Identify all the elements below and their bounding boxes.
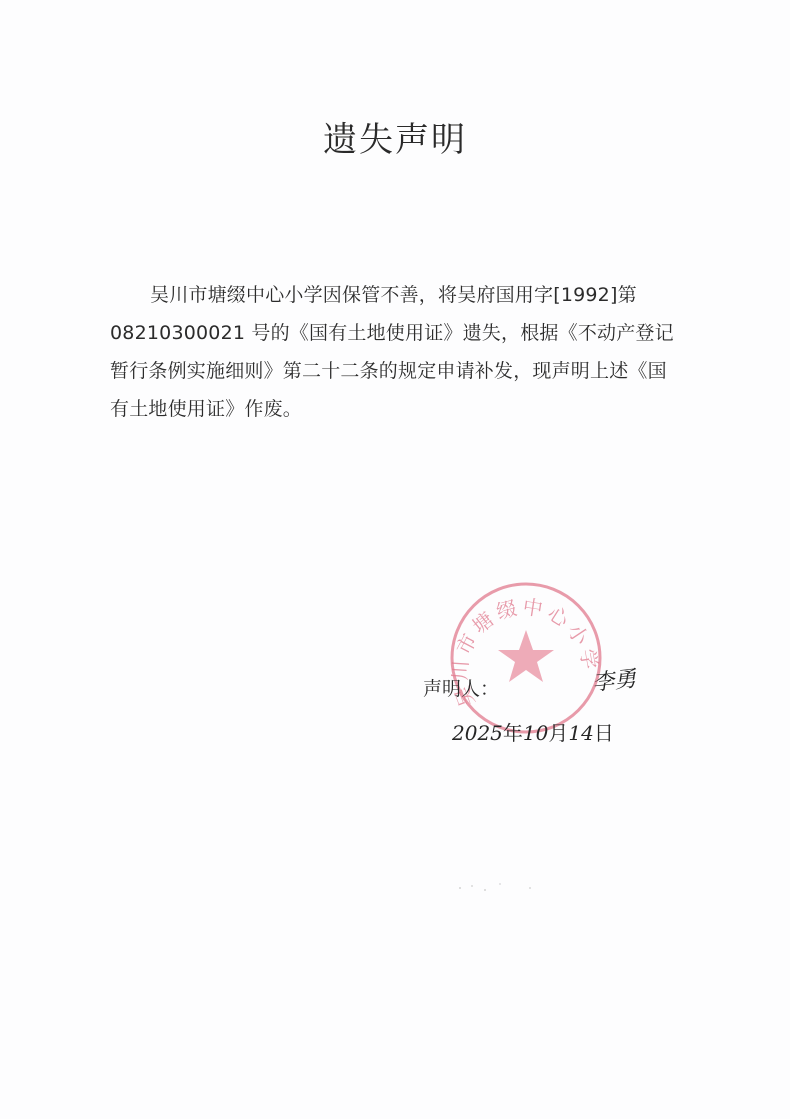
scan-noise-speckle xyxy=(450,878,540,898)
handwritten-signature: 李勇 xyxy=(591,662,638,697)
paragraph-line-4: 有土地使用证》作废。 xyxy=(110,390,690,428)
date-month-suffix: 月 xyxy=(548,721,568,745)
paragraph-line-1: 吴川市塘缀中心小学因保管不善，将吴府国用字[1992]第 xyxy=(110,276,690,314)
date-day: 14 xyxy=(568,721,593,745)
declarant-label: 声明人： xyxy=(423,674,499,701)
official-seal-stamp: 吴川市塘缀中心小学 xyxy=(446,578,606,738)
date-day-suffix: 日 xyxy=(594,721,614,745)
stamp-star-icon xyxy=(498,630,554,682)
date-year: 2025 xyxy=(452,721,503,745)
paragraph-line-3: 暂行条例实施细则》第二十二条的规定申请补发，现声明上述《国 xyxy=(110,352,690,390)
date-year-suffix: 年 xyxy=(503,721,523,745)
document-title: 遗失声明 xyxy=(0,112,790,161)
signing-date: 2025年10月14日 xyxy=(452,717,614,746)
date-month: 10 xyxy=(523,721,548,745)
paragraph-line-2: 08210300021 号的《国有土地使用证》遗失，根据《不动产登记 xyxy=(110,314,690,352)
statement-paragraph: 吴川市塘缀中心小学因保管不善，将吴府国用字[1992]第 08210300021… xyxy=(110,276,690,428)
